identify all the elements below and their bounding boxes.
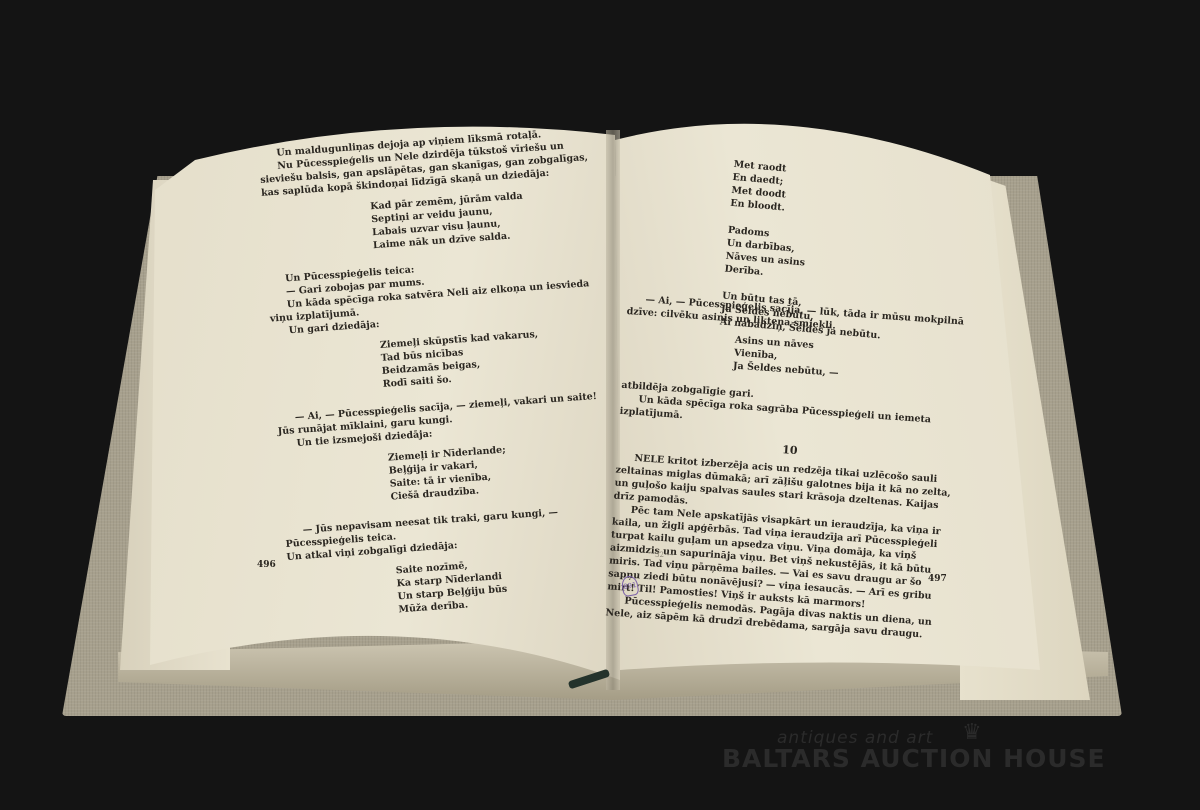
page-number-left: 496	[257, 560, 276, 570]
left-page-text: Un maldugunliņas dejoja ap viņiem līksmā…	[258, 125, 626, 638]
right-page-text: — Ai, — Pūcesspieģelis sacīja, — lūk, tā…	[605, 292, 972, 643]
photo-scene: Un maldugunliņas dejoja ap viņiem līksmā…	[0, 0, 1200, 810]
watermark: antiques and art BALTARS AUCTION HOUSE ♛	[722, 728, 1122, 773]
signature-glyph: ◦◦	[666, 551, 674, 559]
verse-stanza: Met raodtEn daedt;Met doodtEn bloodt.	[730, 158, 934, 227]
signature-number: 32	[655, 551, 664, 559]
crown-icon: ♛	[962, 720, 982, 745]
signature-mark: 32 ◦◦	[655, 551, 674, 559]
watermark-name: BALTARS AUCTION HOUSE	[722, 744, 1122, 773]
verse-stanza: PadomsUn darbības,Nāves un asinsDerība.	[724, 224, 928, 293]
page-number-right: 497	[928, 574, 947, 584]
